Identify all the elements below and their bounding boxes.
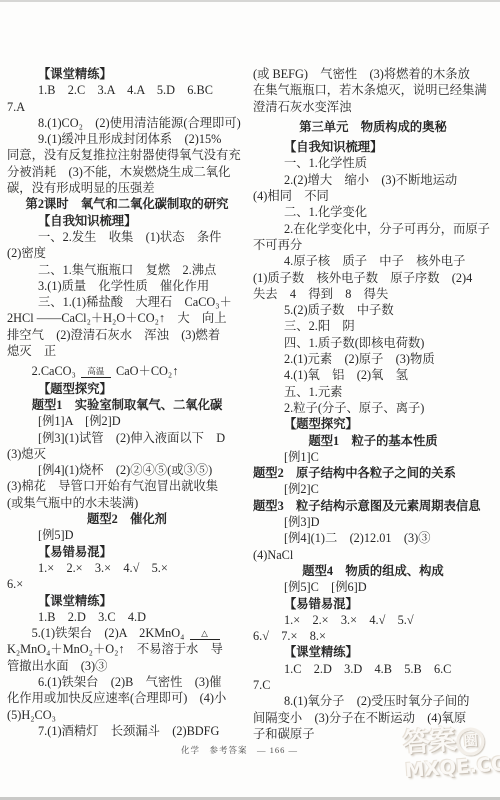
answer-line: 5.(2)质子数 中子数	[253, 302, 493, 318]
answer-line: 1.C 2.D 3.D 4.B 5.B 6.C	[253, 661, 493, 677]
answer-column-right: (或 BEFG) 气密性 (3)将燃着的木条放在集气瓶瓶口，若木条熄灭，说明已经…	[253, 66, 493, 742]
answer-line: [例2]C	[253, 481, 493, 497]
answer-line: 7.C	[253, 677, 493, 693]
answer-line: 三、1.(1)稀盐酸 大理石 CaCO₃＋	[7, 294, 247, 310]
answer-line: 4.(1)氧 铝 (2)氧 氢	[253, 367, 493, 383]
answer-line: 6.√ 7.× 8.×	[253, 628, 493, 644]
answer-line: (1)质子数 核外电子数 原子序数 (2)4	[253, 270, 493, 286]
answer-line: 8.(1)氧分子 (2)受压时氧分子间的	[253, 693, 493, 709]
page-footer: 化学 参考答案 — 166 —	[181, 744, 298, 756]
answer-line: 6.×	[7, 576, 247, 592]
answer-line: [例4](1)烧杯 (2)②④⑤(或③⑤)	[7, 462, 247, 478]
answer-line: 一、2.发生 收集 (1)状态 条件	[7, 229, 247, 245]
section-title: 题型1 粒子的基本性质	[253, 433, 493, 449]
answer-line: (3)熄灭	[7, 446, 247, 462]
answer-line: [例5]D	[7, 527, 247, 543]
answer-line: K₂MnO₄＋MnO₂＋O₂↑ 不易溶于水 导	[7, 641, 247, 657]
section-title: 题型2 原子结构中各粒子之间的关系	[253, 465, 493, 481]
answer-line: 碳，没有形成明显的压强差	[7, 180, 247, 196]
answer-line: 分被消耗 (3)不能，木炭燃烧生成二氧化	[7, 164, 247, 180]
answer-line: [例1]C	[253, 449, 493, 465]
answer-line: 同意，没有反复推拉注射器使得氧气没有充	[7, 147, 247, 163]
answer-line: 熄灭 正	[7, 343, 247, 359]
answer-line: 2.(2)增大 缩小 (3)不断地运动	[253, 172, 493, 188]
answer-line: 一、1.化学性质	[253, 155, 493, 171]
block-heading: 【课堂精练】	[7, 66, 247, 82]
answer-line: 7.A	[7, 99, 247, 115]
answer-line: [例5]C [例6]D	[253, 579, 493, 595]
page-top-edge	[0, 0, 500, 2]
answer-line: 澄清石灰水变浑浊	[253, 99, 493, 115]
answer-line: [例4](1)二 (2)12.01 (3)③	[253, 530, 493, 546]
answer-line: 1.× 2.× 3.× 4.√ 5.×	[7, 560, 247, 576]
section-title: 题型4 物质的组成、构成	[253, 563, 493, 579]
answer-line: 五、1.元素	[253, 384, 493, 400]
block-heading: 【题型探究】	[253, 416, 493, 432]
answer-line: [例3](1)试管 (2)伸入液面以下 D	[7, 430, 247, 446]
block-heading: 【易错易混】	[253, 596, 493, 612]
answer-line: 2.粒子(分子、原子、离子)	[253, 400, 493, 416]
answer-line: 不可再分	[253, 237, 493, 253]
answer-line: 6.(1)铁架台 (2)B 气密性 (3)催	[7, 674, 247, 690]
watermark-site-url: MXQE.COM	[404, 752, 500, 782]
section-title: 题型2 催化剂	[7, 511, 247, 527]
block-heading: 【题型探究】	[7, 381, 247, 397]
answer-line: 二、1.集气瓶瓶口 复燃 2.沸点	[7, 262, 247, 278]
block-heading: 【易错易混】	[7, 544, 247, 560]
answer-line: 管撤出水面 (3)③	[7, 658, 247, 674]
block-heading: 【课堂精练】	[253, 644, 493, 660]
answer-line: (4)相同 不同	[253, 188, 493, 204]
answer-line: [例1]A [例2]D	[7, 413, 247, 429]
answer-line: 3.(1)质量 化学性质 催化作用	[7, 278, 247, 294]
answer-line: 1.× 2.× 3.× 4.√ 5.√	[253, 612, 493, 628]
answer-column-left: 【课堂精练】1.B 2.C 3.A 4.A 5.D 6.BC7.A8.(1)CO…	[7, 66, 247, 739]
reaction-condition-arrow: 高温	[81, 367, 111, 378]
answer-line: 5.(1)铁架台 (2)A 2KMnO₄ △	[7, 625, 247, 641]
answer-line: 三、2.阳 阴	[253, 318, 493, 334]
section-title: 第2课时 氧气和二氧化碳制取的研究	[7, 196, 247, 212]
answer-line: 在集气瓶瓶口，若木条熄灭，说明已经集满	[253, 82, 493, 98]
section-title: 题型3 粒子结构示意图及元素周期表信息	[253, 498, 493, 514]
block-heading: 【自我知识梳理】	[253, 139, 493, 155]
answer-line: 失去 4 得到 8 得失	[253, 286, 493, 302]
answer-book-page: 【课堂精练】1.B 2.C 3.A 4.A 5.D 6.BC7.A8.(1)CO…	[0, 0, 500, 800]
answer-line: 4.原子核 质子 中子 核外电子	[253, 253, 493, 269]
answer-line: 2HCl ——CaCl₂＋H₂O＋CO₂↑ 大 向上	[7, 310, 247, 326]
section-title: 题型1 实验室制取氧气、二氧化碳	[7, 397, 247, 413]
answer-line: 1.B 2.C 3.A 4.A 5.D 6.BC	[7, 82, 247, 98]
answer-line: 二、1.化学变化	[253, 204, 493, 220]
section-title: 第三单元 物质构成的奥秘	[253, 119, 493, 135]
answer-line: 2.(1)元素 (2)原子 (3)物质	[253, 351, 493, 367]
answer-line: 7.(1)酒精灯 长颈漏斗 (2)BDFG	[7, 723, 247, 739]
answer-line: 1.B 2.D 3.C 4.D	[7, 609, 247, 625]
answer-line: 排空气 (2)澄清石灰水 浑浊 (3)燃着	[7, 327, 247, 343]
answer-line: (2)密度	[7, 245, 247, 261]
answer-line: 8.(1)CO₂ (2)使用清洁能源(合理即可)	[7, 115, 247, 131]
answer-line: (3)棉花 导管口开始有气泡冒出就收集	[7, 478, 247, 494]
answer-line: 子和碳原子	[253, 726, 493, 742]
answer-line: 2.CaCO₃ 高温 CaO＋CO₂↑	[7, 363, 247, 379]
answer-line: (5)H₂CO₃	[7, 707, 247, 723]
answer-line: 化作用或加快反应速率(合理即可) (4)小	[7, 690, 247, 706]
answer-line: 间隔变小 (3)分子在不断运动 (4)氧原	[253, 710, 493, 726]
answer-line: (或 BEFG) 气密性 (3)将燃着的木条放	[253, 66, 493, 82]
answer-line: [例3]D	[253, 514, 493, 530]
answer-line: (或集气瓶中的水未装满)	[7, 495, 247, 511]
answer-line: (4)NaCl	[253, 547, 493, 563]
answer-line: 2.在化学变化中，分子可再分，而原子	[253, 221, 493, 237]
reaction-condition-arrow: △	[190, 629, 220, 640]
answer-line: 四、1.质子数(即核电荷数)	[253, 335, 493, 351]
answer-line: 9.(1)缓冲且形成封闭体系 (2)15%	[7, 131, 247, 147]
block-heading: 【课堂精练】	[7, 593, 247, 609]
block-heading: 【自我知识梳理】	[7, 213, 247, 229]
